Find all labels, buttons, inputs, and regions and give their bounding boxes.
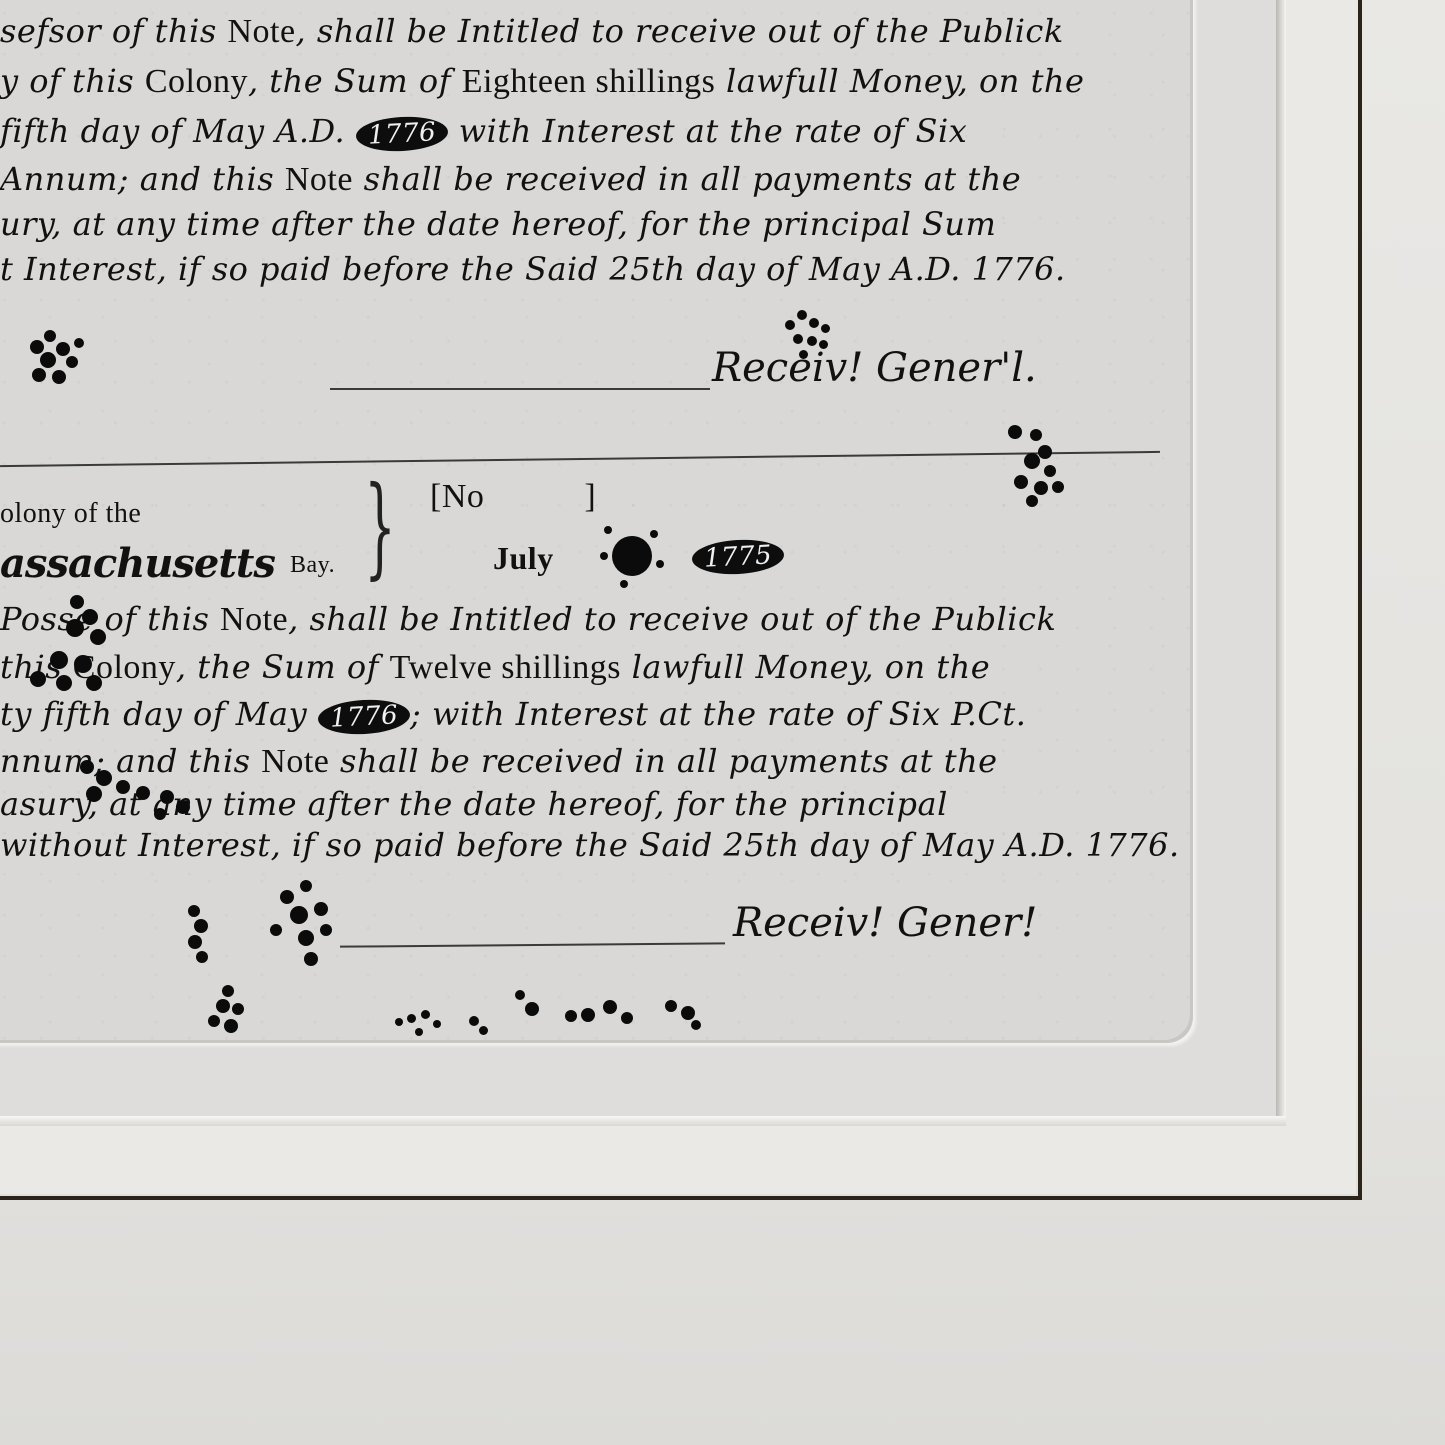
header-colony: olony of the	[0, 498, 141, 530]
lower-note-line-2: this Colony, the Sum of Twelve shillings…	[0, 648, 990, 687]
lower-note-line-6: without Interest, if so paid before the …	[0, 826, 1180, 864]
date-month: July	[493, 540, 554, 577]
header-bay: Bay.	[290, 552, 335, 579]
mat-bevel-bottom	[0, 1116, 1286, 1126]
lower-note-line-3: ty fifth day of May 1776; with Interest …	[0, 695, 1026, 734]
number-label: [No]	[430, 478, 596, 516]
upper-note-line-5: ury, at any time after the date hereof, …	[0, 205, 996, 243]
mat-bevel-right	[1276, 0, 1286, 1126]
document-paper: sefsor of this Note, shall be Intitled t…	[0, 0, 1276, 1116]
frame-line-horizontal	[0, 1196, 1362, 1200]
upper-note-line-6: t Interest, if so paid before the Said 2…	[0, 250, 1066, 288]
upper-note-line-3: fifth day of May A.D. 1776 with Interest…	[0, 112, 967, 151]
upper-note-line-1: sefsor of this Note, shall be Intitled t…	[0, 12, 1064, 51]
lower-signature: Receiv! Gener!	[733, 900, 1037, 946]
frame-line-vertical	[1358, 0, 1362, 1200]
header-massachusetts: assachusetts	[0, 540, 275, 587]
engraved-plate	[0, 0, 1190, 1040]
upper-signature: Receiv! Gener'l.	[712, 345, 1037, 391]
date-year: 1775	[692, 535, 784, 574]
year-oval: 1776	[355, 115, 449, 154]
signature-rule	[330, 388, 710, 390]
brace: }	[364, 462, 396, 590]
year-oval: 1776	[317, 698, 411, 737]
lower-note-line-1: Posse of this Note, shall be Intitled to…	[0, 600, 1056, 639]
upper-note-line-2: y of this Colony, the Sum of Eighteen sh…	[0, 62, 1084, 101]
lower-note-line-4: nnum; and this Note shall be received in…	[0, 742, 998, 781]
upper-note-line-4: Annum; and this Note shall be received i…	[0, 160, 1021, 199]
